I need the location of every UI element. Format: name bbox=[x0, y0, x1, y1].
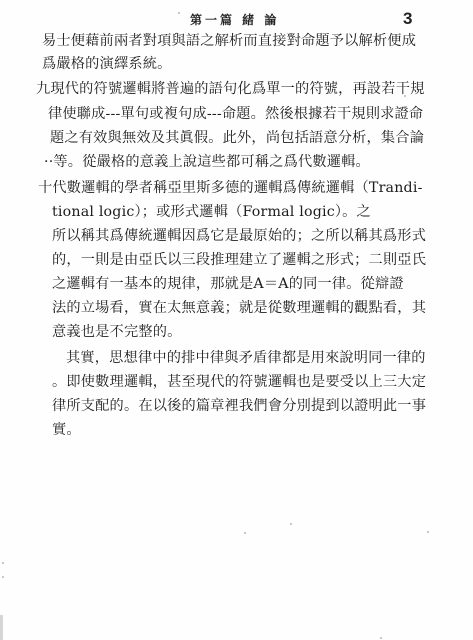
scan-edge-noise bbox=[0, 615, 3, 640]
scan-speck bbox=[2, 576, 4, 578]
scan-speck bbox=[266, 113, 268, 115]
text-line: 十代數邏輯的學者稱亞里斯多德的邏輯爲傳統邏輯（Trandi- bbox=[38, 178, 423, 198]
text-line: 所以稱其爲傳統邏輯因爲它是最原始的；之所以稱其爲形式 bbox=[52, 226, 426, 246]
scan-speck bbox=[290, 523, 292, 525]
text-line: 的，一則是由亞氏以三段推理建立了邏輯之形式；二則亞氏 bbox=[52, 250, 426, 270]
page-number: 3 bbox=[403, 9, 412, 29]
running-header: 第一篇 緒 論 3 bbox=[0, 9, 473, 29]
text-line: 律所支配的。在以後的篇章裡我們會分別提到以證明此一事 bbox=[52, 396, 426, 416]
scan-speck bbox=[178, 12, 180, 14]
text-line: 其實，思想律中的排中律與矛盾律都是用來說明同一律的 bbox=[66, 348, 426, 368]
text-line: tional logic）；或形式邏輯（Formal logic）。之 bbox=[52, 202, 371, 222]
scan-speck bbox=[244, 532, 246, 534]
text-line: 易士便藉前兩者對項與語之解析而直接對命題予以解析便成 bbox=[42, 31, 416, 51]
text-line: 九現代的符號邏輯將普遍的語句化爲單一的符號，再設若干規 bbox=[36, 79, 424, 99]
text-line: 爲嚴格的演繹系統。 bbox=[42, 54, 172, 74]
text-line: 之邏輯有一基本的規律，那就是A＝A的同一律。從辯證 bbox=[52, 274, 404, 294]
text-line: 法的立場看，實在太無意義；就是從數理邏輯的觀點看，其 bbox=[52, 298, 426, 318]
document-page: 第一篇 緒 論 3 易士便藉前兩者對項與語之解析而直接對命題予以解析便成 爲嚴格… bbox=[0, 0, 473, 640]
text-line: ··等。從嚴格的意義上說這些都可稱之爲代數邏輯。 bbox=[44, 152, 370, 172]
text-line: 題之有效與無效及其眞假。此外，尚包括語意分析，集合論 bbox=[50, 128, 424, 148]
scan-speck bbox=[404, 95, 406, 97]
text-line: 律使聯成---單句或複句成---命題。然後根據若干規則求證命 bbox=[48, 104, 423, 124]
text-line: 意義也是不完整的。 bbox=[52, 322, 182, 342]
scan-speck bbox=[2, 562, 4, 564]
scan-speck bbox=[380, 637, 382, 639]
scan-speck bbox=[427, 531, 429, 533]
text-line: 實。 bbox=[52, 420, 81, 440]
text-line: 。即使數理邏輯，甚至現代的符號邏輯也是要受以上三大定 bbox=[52, 372, 426, 392]
chapter-title: 第一篇 緒 論 bbox=[190, 11, 279, 28]
